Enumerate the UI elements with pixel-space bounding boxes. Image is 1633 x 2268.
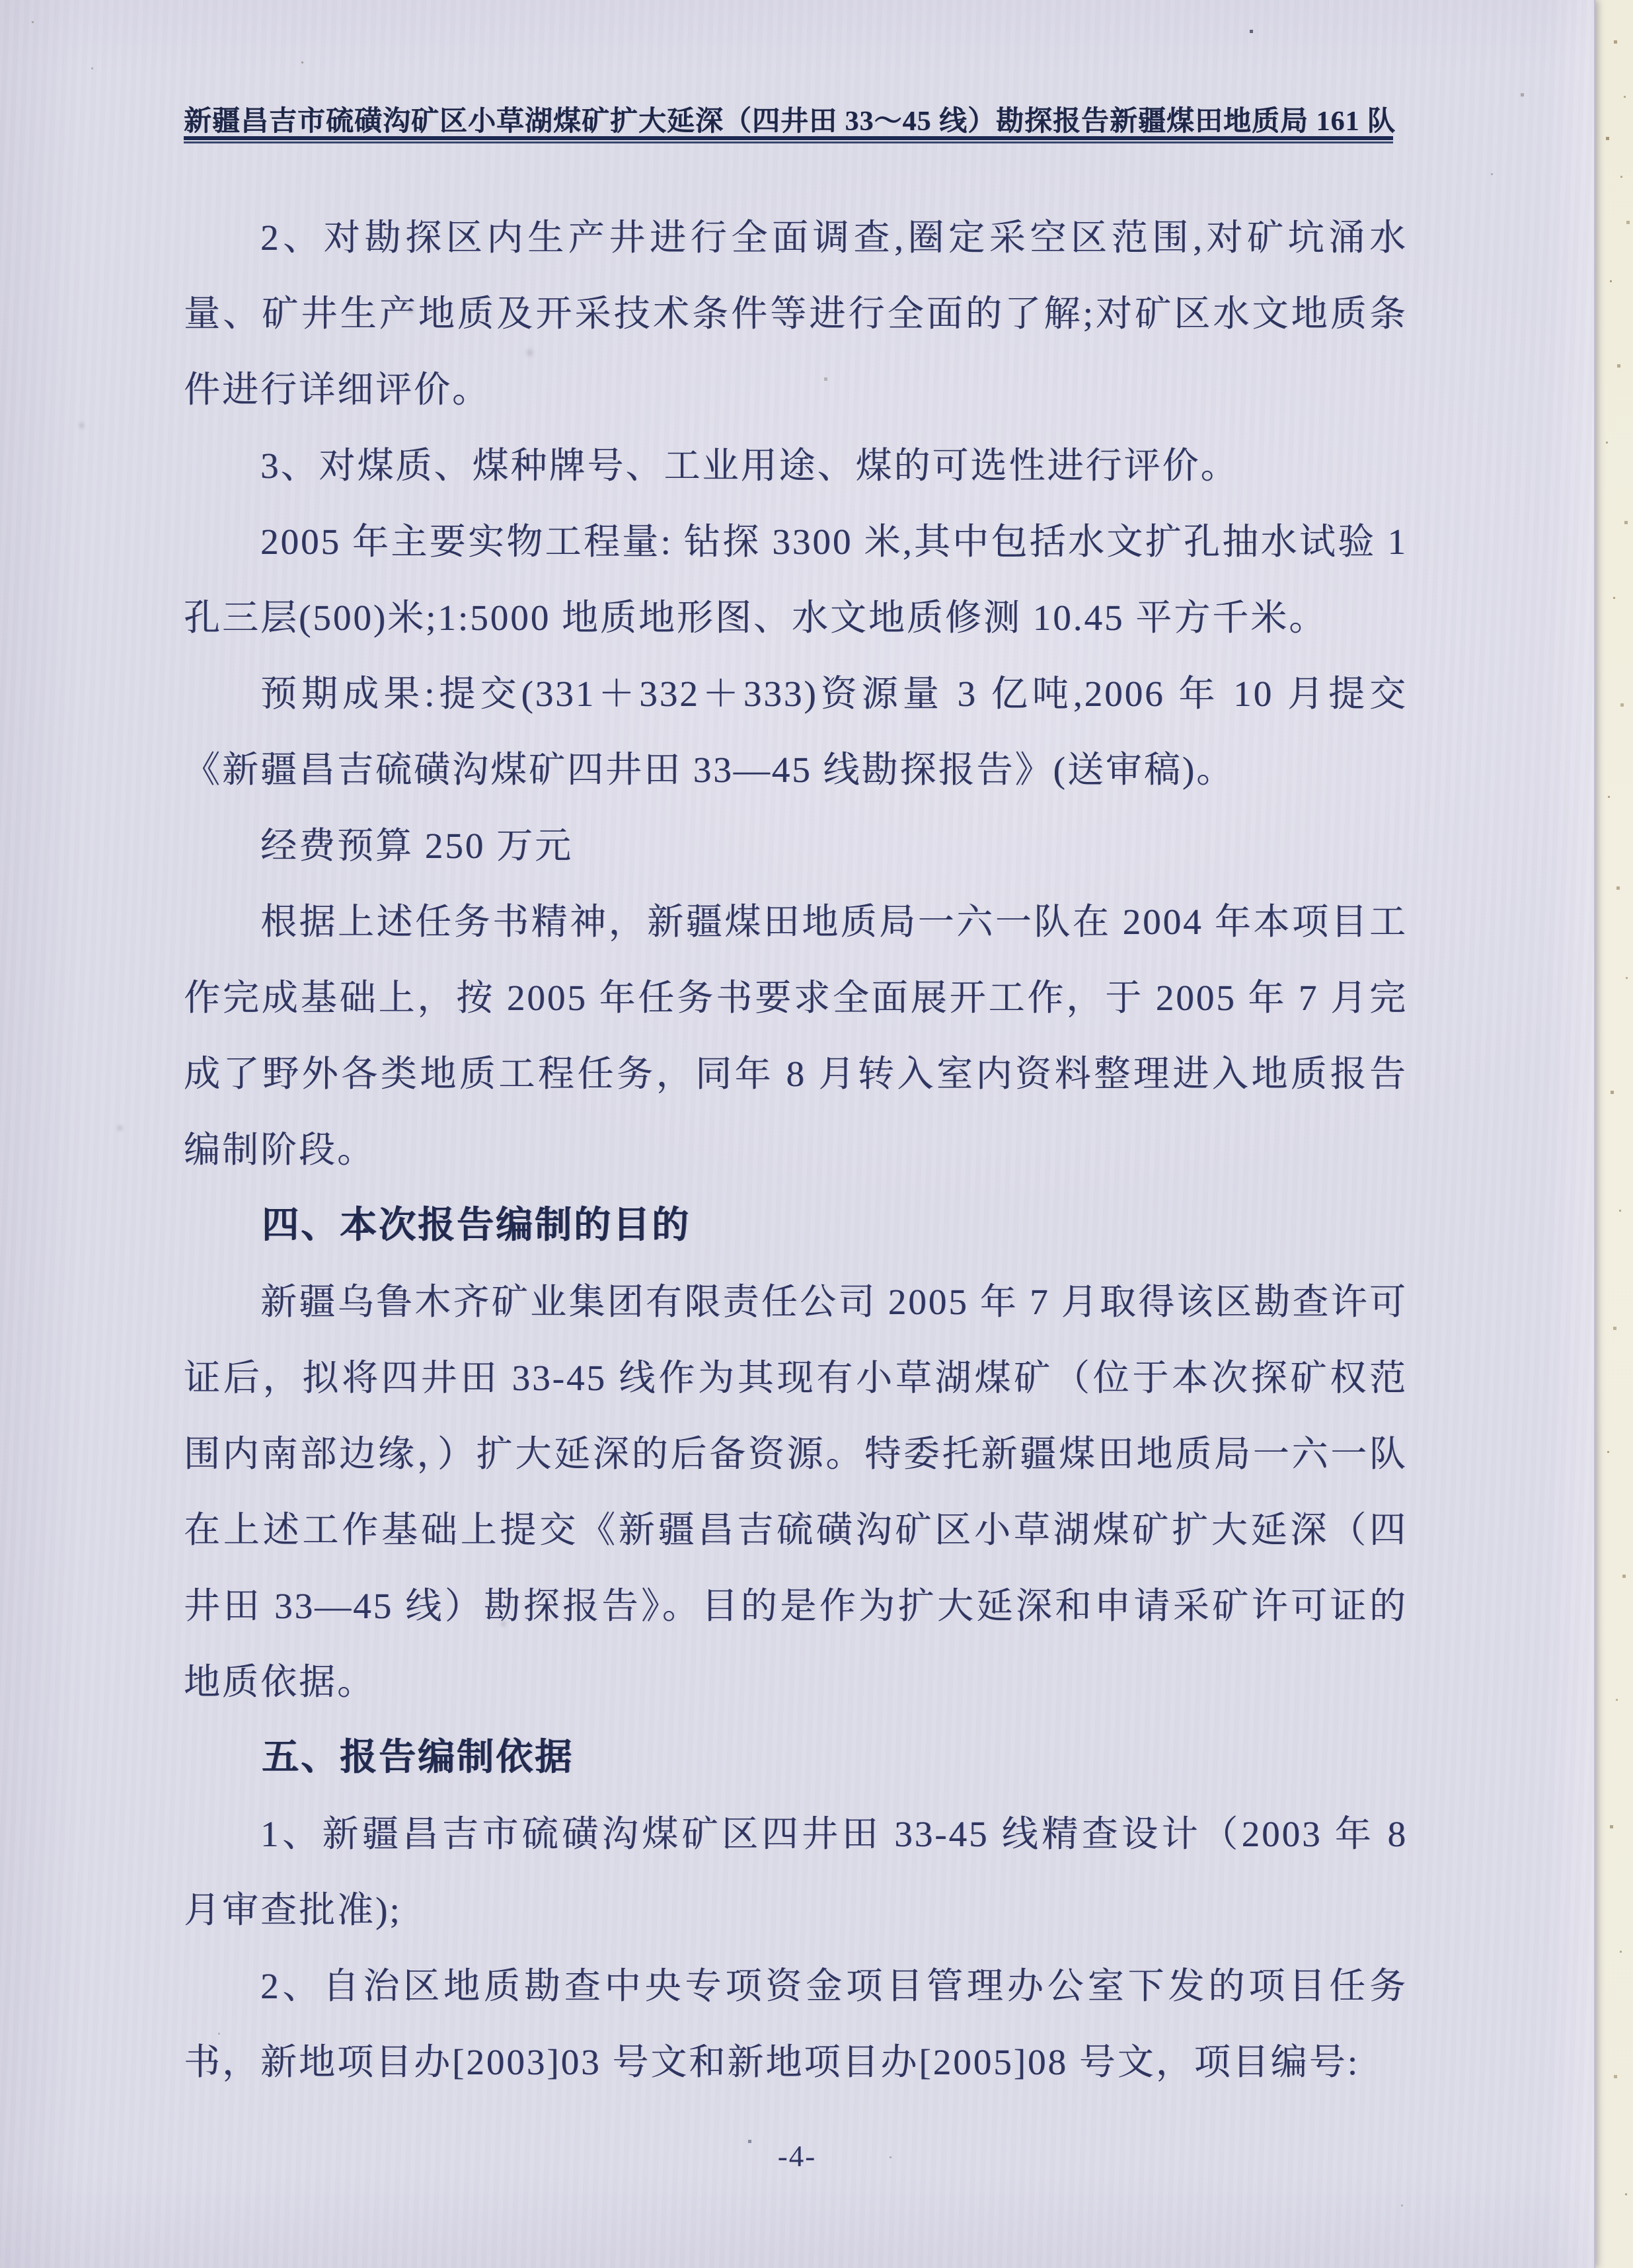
body-paragraph: 新疆乌鲁木齐矿业集团有限责任公司 2005 年 7 月取得该区勘查许可证后，拟将… xyxy=(184,1264,1408,1720)
document-body: 2、对勘探区内生产井进行全面调查,圈定采空区范围,对矿坑涌水量、矿井生产地质及开… xyxy=(184,200,1408,2100)
header-report-title: 新疆昌吉市硫磺沟矿区小草湖煤矿扩大延深（四井田 33～45 线）勘探报告 xyxy=(184,99,1110,139)
body-paragraph: 1、新疆昌吉市硫磺沟煤矿区四井田 33-45 线精查设计（2003 年 8 月审… xyxy=(184,1796,1408,1948)
body-paragraph: 根据上述任务书精神，新疆煤田地质局一六一队在 2004 年本项目工作完成基础上，… xyxy=(184,884,1408,1188)
page-header: 新疆昌吉市硫磺沟矿区小草湖煤矿扩大延深（四井田 33～45 线）勘探报告 新疆煤… xyxy=(184,99,1393,139)
section-heading: 四、本次报告编制的目的 xyxy=(184,1188,1408,1264)
body-paragraph: 预期成果:提交(331＋332＋333)资源量 3 亿吨,2006 年 10 月… xyxy=(184,656,1408,808)
section-heading: 五、报告编制依据 xyxy=(184,1720,1408,1796)
page-footer: -4- xyxy=(0,2139,1594,2173)
scanned-document-page: 新疆昌吉市硫磺沟矿区小草湖煤矿扩大延深（四井田 33～45 线）勘探报告 新疆煤… xyxy=(0,0,1633,2268)
body-paragraph: 2005 年主要实物工程量: 钻探 3300 米,其中包括水文扩孔抽水试验 1 … xyxy=(184,504,1408,656)
report-paper-sheet: 新疆昌吉市硫磺沟矿区小草湖煤矿扩大延深（四井田 33～45 线）勘探报告 新疆煤… xyxy=(0,0,1595,2268)
header-rule xyxy=(184,136,1393,144)
body-paragraph: 3、对煤质、煤种牌号、工业用途、煤的可选性进行评价。 xyxy=(184,428,1408,504)
body-paragraph: 经费预算 250 万元 xyxy=(184,808,1408,884)
header-issuer: 新疆煤田地质局 161 队 xyxy=(1110,99,1396,139)
body-paragraph: 2、对勘探区内生产井进行全面调查,圈定采空区范围,对矿坑涌水量、矿井生产地质及开… xyxy=(184,200,1408,428)
page-number: -4- xyxy=(778,2140,816,2173)
body-paragraph: 2、自治区地质勘查中央专项资金项目管理办公室下发的项目任务书，新地项目办[200… xyxy=(184,1948,1408,2100)
scan-dust-speckles xyxy=(0,0,2,2)
